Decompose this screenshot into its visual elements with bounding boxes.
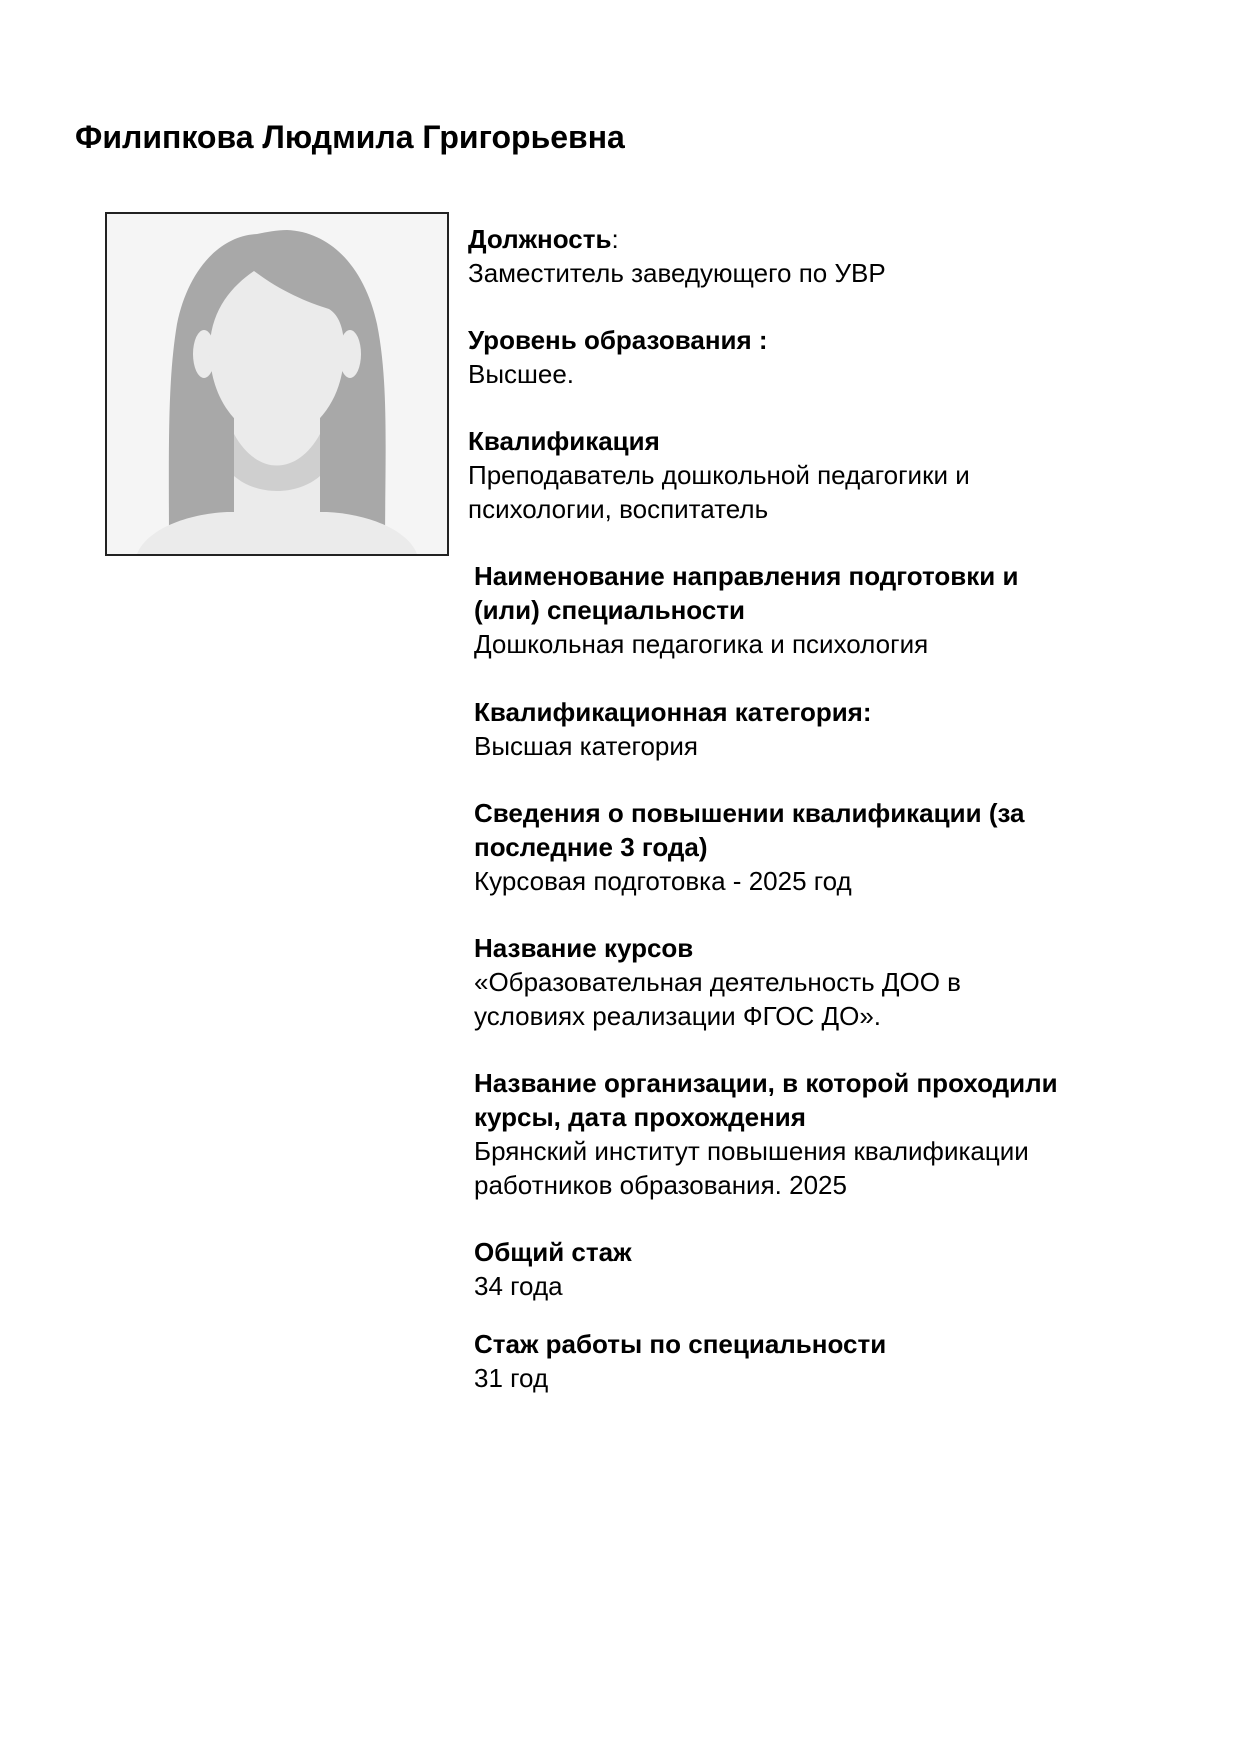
section-label-organization: Название организации, в которой проходил… [474,1066,1058,1100]
section-label-category: Квалификационная категория: [474,695,872,729]
page-title: Филипкова Людмила Григорьевна [75,118,625,156]
section-value-course-name: условиях реализации ФГОС ДО». [474,999,881,1033]
section-label-specialty-experience: Стаж работы по специальности [474,1327,886,1361]
section-label-qualification: Квалификация [468,424,660,458]
section-label-education-level: Уровень образования : [468,323,768,357]
section-label-specialty: (или) специальности [474,593,745,627]
section-value-education-level: Высшее. [468,357,574,391]
section-value-course-name: «Образовательная деятельность ДОО в [474,965,961,999]
profile-photo [105,212,449,556]
section-label-organization: курсы, дата прохождения [474,1100,806,1134]
section-label-training: последние 3 года) [474,830,708,864]
section-label-position: Должность: [468,222,619,256]
section-value-qualification: Преподаватель дошкольной педагогики и [468,458,970,492]
section-label-total-experience: Общий стаж [474,1235,632,1269]
section-value-organization: работников образования. 2025 [474,1168,847,1202]
section-value-category: Высшая категория [474,729,698,763]
section-label-training: Сведения о повышении квалификации (за [474,796,1025,830]
section-label-course-name: Название курсов [474,931,693,965]
section-label-specialty: Наименование направления подготовки и [474,559,1018,593]
section-value-specialty-experience: 31 год [474,1361,548,1395]
section-value-specialty: Дошкольная педагогика и психология [474,627,928,661]
section-value-qualification: психологии, воспитатель [468,492,768,526]
avatar-placeholder-icon [107,214,447,554]
section-value-position: Заместитель заведующего по УВР [468,256,886,290]
section-value-training: Курсовая подготовка - 2025 год [474,864,852,898]
section-value-organization: Брянский институт повышения квалификации [474,1134,1029,1168]
section-value-total-experience: 34 года [474,1269,563,1303]
